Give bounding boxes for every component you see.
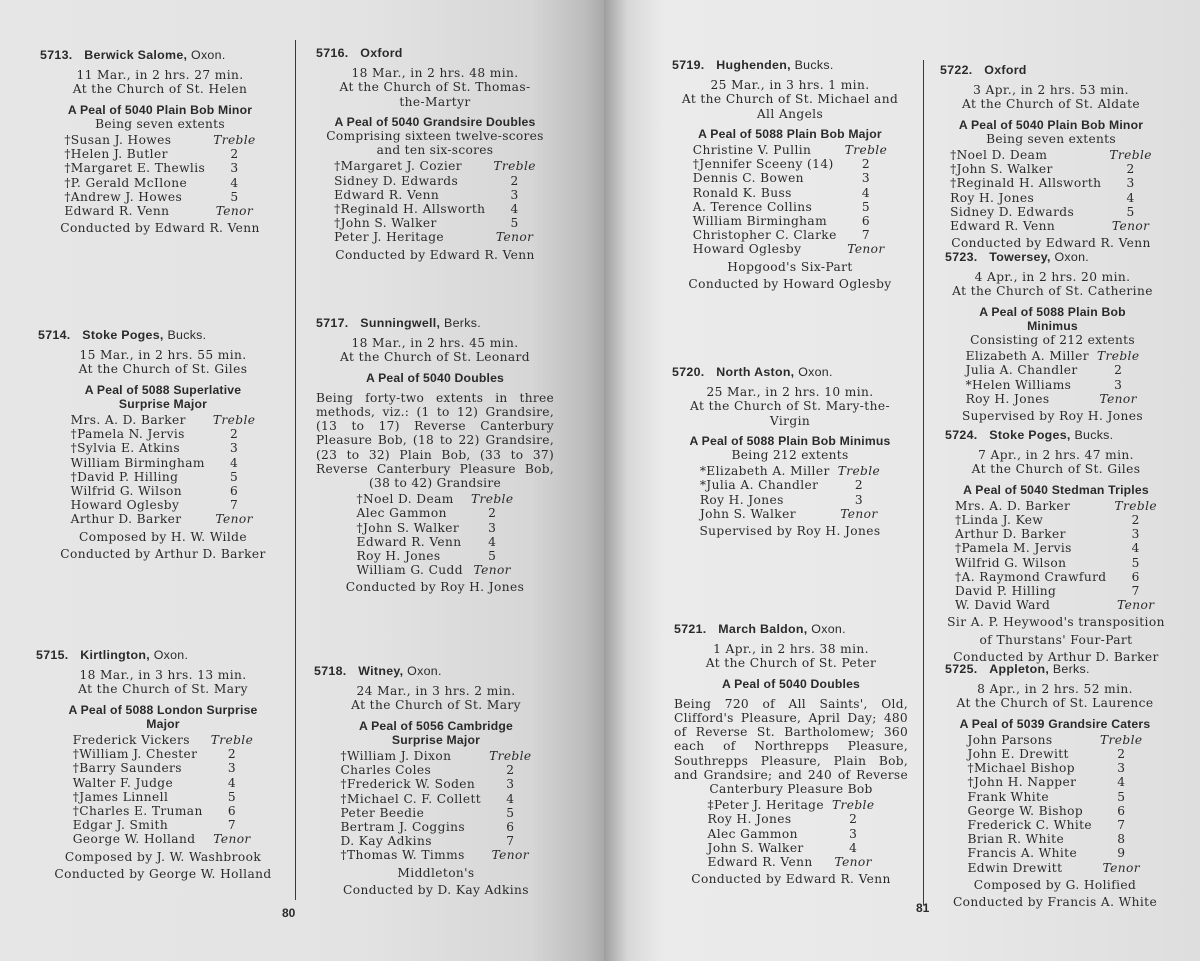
ringer-row: †Reginald H. Allsworth 4 [334, 202, 536, 216]
peal-place: North Aston, [716, 365, 794, 379]
peal-footer-line: Composed by J. W. Washbrook [36, 850, 290, 864]
ringer-name: †Margaret E. Thewlis [64, 161, 213, 175]
ringer-name: Dennis C. Bowen [693, 171, 845, 185]
ringer-row: †A. Raymond Crawfurd 6 [955, 570, 1157, 584]
church-line: At the Church of St. Giles [38, 362, 288, 376]
ringer-row: Wilfrid G. Wilson 6 [71, 484, 256, 498]
ringer-row: †Michael C. F. Collett 4 [340, 792, 531, 806]
peal-number: 5723. [945, 250, 978, 264]
peal-number: 5718. [314, 664, 347, 678]
ringer-name: †John S. Walker [334, 216, 493, 230]
ringer-name: W. David Ward [955, 598, 1115, 612]
date-duration: 7 Apr., in 2 hrs. 47 min. [945, 448, 1167, 462]
ringer-name: †Michael Bishop [967, 761, 1100, 775]
ringer-row: †John S. Walker 5 [334, 216, 536, 230]
ringer-row: Roy H. Jones 2 [708, 812, 875, 826]
ringer-name: John S. Walker [700, 507, 838, 521]
peal-place: Witney, [358, 664, 403, 678]
ringer-row: †Barry Saunders 3 [73, 761, 253, 775]
ringer-row: †P. Gerald McIlone 4 [64, 176, 255, 190]
ringer-row: John E. Drewitt 2 [967, 747, 1142, 761]
peal-footer-line: Supervised by Roy H. Jones [672, 524, 908, 538]
ringer-row: †Noel D. Deam Treble [357, 492, 514, 506]
peal-number: 5721. [674, 622, 707, 636]
ringer-row: David P. Hilling 7 [955, 584, 1157, 598]
peal-number: 5725. [945, 662, 978, 676]
ringer-row: Christine V. Pullin Treble [693, 143, 887, 157]
peal-county: Oxon. [1054, 250, 1089, 264]
entry-heading: 5718. Witney, Oxon. [314, 664, 558, 678]
ringer-bell: 4 [213, 456, 255, 470]
peal-place: Oxford [360, 46, 402, 60]
date-duration: 15 Mar., in 2 hrs. 55 min. [38, 348, 288, 362]
peal-entry: 5722. Oxford 3 Apr., in 2 hrs. 53 min.At… [940, 63, 1162, 250]
ringer-row: Bertram J. Coggins 6 [340, 820, 531, 834]
ringer-row: †Margaret J. Cozier Treble [334, 159, 536, 173]
peal-county: Bucks. [167, 328, 206, 342]
ringer-bell: 6 [211, 804, 253, 818]
ringer-bell: 4 [1100, 775, 1142, 789]
peal-place: Towersey, [989, 250, 1050, 264]
ringer-name: †Thomas W. Timms [340, 848, 489, 862]
peal-entry: 5714. Stoke Poges, Bucks. 15 Mar., in 2 … [38, 328, 288, 561]
ringer-bell: 3 [1109, 176, 1151, 190]
ringer-bell: 7 [845, 228, 887, 242]
ringer-bell: Tenor [1100, 861, 1142, 875]
ringer-name: †Charles E. Truman [73, 804, 211, 818]
ringer-row: Howard Oglesby Tenor [693, 242, 887, 256]
ringer-name: William Birmingham [71, 456, 213, 470]
ringer-row: †Noel D. Deam Treble [950, 148, 1152, 162]
ringer-row: Frederick Vickers Treble [73, 733, 253, 747]
ringer-name: Julia A. Chandler [966, 363, 1097, 377]
ringer-bell: 7 [1115, 584, 1157, 598]
ringer-name: Roy H. Jones [966, 392, 1097, 406]
peal-entry: 5723. Towersey, Oxon. 4 Apr., in 2 hrs. … [945, 250, 1160, 423]
peal-title: Minimus [945, 319, 1160, 333]
peal-entry: 5718. Witney, Oxon. 24 Mar., in 3 hrs. 2… [314, 664, 558, 897]
ringer-bell: 2 [211, 747, 253, 761]
ringer-row: Roy H. Jones Tenor [966, 392, 1140, 406]
ringer-bell: 3 [845, 171, 887, 185]
ringer-row: Edward R. Venn 3 [334, 188, 536, 202]
ringer-bell: 5 [1100, 790, 1142, 804]
ringer-row: Peter Beedie 5 [340, 806, 531, 820]
ringer-name: John S. Walker [708, 841, 832, 855]
ringer-name: Bertram J. Coggins [340, 820, 489, 834]
page-number-left: 80 [282, 906, 295, 920]
ringer-row: †Linda J. Kew 2 [955, 513, 1157, 527]
peal-number: 5716. [316, 46, 349, 60]
column-rule-left [295, 40, 296, 900]
peal-footer-line: Conducted by Arthur D. Barker [38, 547, 288, 561]
peal-entry: 5720. North Aston, Oxon. 25 Mar., in 2 h… [672, 365, 908, 538]
peal-entry: 5724. Stoke Poges, Bucks. 7 Apr., in 2 h… [945, 428, 1167, 664]
church-line: the-Martyr [316, 95, 554, 109]
ringer-name: †Noel D. Deam [950, 148, 1109, 162]
entry-heading: 5715. Kirtlington, Oxon. [36, 648, 290, 662]
peal-title: A Peal of 5088 Plain Bob [945, 305, 1160, 319]
peal-title: A Peal of 5040 Grandsire Doubles [316, 115, 554, 129]
ringer-name: †Jennifer Sceeny (14) [693, 157, 845, 171]
ringer-name: A. Terence Collins [693, 200, 845, 214]
peal-title: A Peal of 5040 Plain Bob Minor [40, 103, 280, 117]
ringer-row: D. Kay Adkins 7 [340, 834, 531, 848]
ringer-name: George W. Holland [73, 832, 211, 846]
ringer-name: Edwin Drewitt [967, 861, 1100, 875]
ringer-name: Alec Gammon [708, 827, 832, 841]
church-line: At the Church of St. Mary [314, 698, 558, 712]
entry-heading: 5723. Towersey, Oxon. [945, 250, 1160, 264]
ringers-list: †William J. Dixon Treble Charles Coles 2… [340, 749, 531, 863]
peal-county: Oxon. [191, 48, 226, 62]
entry-heading: 5725. Appleton, Berks. [945, 662, 1165, 676]
ringer-bell: 5 [845, 200, 887, 214]
ringer-name: Frederick C. White [967, 818, 1100, 832]
peal-entry: 5725. Appleton, Berks. 8 Apr., in 2 hrs.… [945, 662, 1165, 909]
ringer-name: Wilfrid G. Wilson [955, 556, 1115, 570]
ringer-bell: Tenor [213, 204, 255, 218]
ringer-row: Peter J. Heritage Tenor [334, 230, 536, 244]
ringers-list: Mrs. A. D. Barker Treble †Pamela N. Jerv… [71, 413, 256, 527]
ringer-name: Sidney D. Edwards [334, 174, 493, 188]
date-duration: 8 Apr., in 2 hrs. 52 min. [945, 682, 1165, 696]
ringer-name: *Julia A. Chandler [700, 478, 838, 492]
peal-footer-line: Composed by H. W. Wilde [38, 530, 288, 544]
peal-place: Stoke Poges, [989, 428, 1070, 442]
peal-county: Oxon. [811, 622, 846, 636]
date-duration: 18 Mar., in 2 hrs. 48 min. [316, 66, 554, 80]
ringer-name: †Linda J. Kew [955, 513, 1115, 527]
ringer-row: Roy H. Jones 3 [700, 493, 880, 507]
ringer-name: Peter Beedie [340, 806, 489, 820]
ringer-name: Howard Oglesby [693, 242, 845, 256]
entry-heading: 5717. Sunningwell, Berks. [316, 316, 554, 330]
ringer-name: †Frederick W. Soden [340, 777, 489, 791]
ringer-name: Roy H. Jones [700, 493, 838, 507]
ringer-row: †David P. Hilling 5 [71, 470, 256, 484]
ringer-name: Howard Oglesby [71, 498, 213, 512]
ringer-name: †Noel D. Deam [357, 492, 471, 506]
ringer-row: W. David Ward Tenor [955, 598, 1157, 612]
ringer-row: Brian R. White 8 [967, 832, 1142, 846]
ringer-row: †John H. Napper 4 [967, 775, 1142, 789]
ringer-bell: 5 [211, 790, 253, 804]
peal-place: Oxford [984, 63, 1026, 77]
peal-description: and ten six-scores [316, 143, 554, 157]
ringer-row: William Birmingham 4 [71, 456, 256, 470]
ringer-bell: Treble [832, 798, 874, 812]
ringer-row: Mrs. A. D. Barker Treble [955, 499, 1157, 513]
ringer-bell: 6 [845, 214, 887, 228]
ringer-name: †Helen J. Butler [64, 147, 213, 161]
ringer-row: Christopher C. Clarke 7 [693, 228, 887, 242]
entry-heading: 5716. Oxford [316, 46, 554, 60]
ringer-row: Edward R. Venn Tenor [64, 204, 255, 218]
ringer-name: William G. Cudd [357, 563, 471, 577]
ringer-row: Walter F. Judge 4 [73, 776, 253, 790]
ringer-row: Charles Coles 2 [340, 763, 531, 777]
ringer-row: William G. Cudd Tenor [357, 563, 514, 577]
church-line: At the Church of St. Mary [36, 682, 290, 696]
ringer-name: Edward R. Venn [950, 219, 1109, 233]
peal-footer-line: Conducted by Roy H. Jones [316, 580, 554, 594]
ringer-row: †John S. Walker 3 [357, 521, 514, 535]
peal-place: Kirtlington, [80, 648, 150, 662]
church-line: At the Church of St. Michael and [672, 92, 908, 106]
ringer-row: George W. Bishop 6 [967, 804, 1142, 818]
ringer-name: John Parsons [967, 733, 1100, 747]
ringer-row: *Julia A. Chandler 2 [700, 478, 880, 492]
ringer-name: Frank White [967, 790, 1100, 804]
ringer-bell: Tenor [1115, 598, 1157, 612]
ringer-row: Arthur D. Barker Tenor [71, 512, 256, 526]
peal-county: Oxon. [154, 648, 189, 662]
ringer-row: †Susan J. Howes Treble [64, 133, 255, 147]
ringer-bell: 8 [1100, 832, 1142, 846]
ringer-name: George W. Bishop [967, 804, 1100, 818]
ringer-row: †Pamela M. Jervis 4 [955, 541, 1157, 555]
ringer-row: †Michael Bishop 3 [967, 761, 1142, 775]
ringer-name: Peter J. Heritage [334, 230, 493, 244]
peal-description: Being seven extents [940, 132, 1162, 146]
ringers-list: †Margaret J. Cozier Treble Sidney D. Edw… [334, 159, 536, 244]
ringer-name: †William J. Chester [73, 747, 211, 761]
ringer-bell: Tenor [838, 507, 880, 521]
ringer-name: †John S. Walker [950, 162, 1109, 176]
ringer-name: Frederick Vickers [73, 733, 211, 747]
ringer-bell: Treble [471, 492, 513, 506]
date-duration: 1 Apr., in 2 hrs. 38 min. [674, 642, 908, 656]
ringer-name: †Susan J. Howes [64, 133, 213, 147]
ringer-bell: 6 [489, 820, 531, 834]
ringer-name: Edward R. Venn [357, 535, 471, 549]
ringer-bell: 2 [1100, 747, 1142, 761]
ringer-name: Sidney D. Edwards [950, 205, 1109, 219]
ringer-name: Roy H. Jones [950, 191, 1109, 205]
ringers-list: Christine V. Pullin Treble †Jennifer Sce… [693, 143, 887, 257]
ringer-name: †Pamela M. Jervis [955, 541, 1115, 555]
ringer-row: Arthur D. Barker 3 [955, 527, 1157, 541]
peal-title: Major [36, 717, 290, 731]
peal-county: Berks. [1053, 662, 1090, 676]
peal-entry: 5715. Kirtlington, Oxon. 18 Mar., in 3 h… [36, 648, 290, 881]
ringer-bell: 7 [489, 834, 531, 848]
ringer-row: Elizabeth A. Miller Treble [966, 349, 1140, 363]
ringer-bell: 5 [1115, 556, 1157, 570]
ringer-bell: Treble [493, 159, 535, 173]
ringer-name: Edward R. Venn [64, 204, 213, 218]
ringer-name: *Helen Williams [966, 378, 1097, 392]
ringer-row: Roy H. Jones 5 [357, 549, 514, 563]
ringer-name: Arthur D. Barker [955, 527, 1115, 541]
ringer-bell: 3 [1097, 378, 1139, 392]
ringer-row: †John S. Walker 2 [950, 162, 1152, 176]
ringer-name: †Reginald H. Allsworth [950, 176, 1109, 190]
ringer-bell: 9 [1100, 846, 1142, 860]
date-duration: 24 Mar., in 3 hrs. 2 min. [314, 684, 558, 698]
ringer-row: Howard Oglesby 7 [71, 498, 256, 512]
ringer-row: †William J. Chester 2 [73, 747, 253, 761]
ringer-name: †Michael C. F. Collett [340, 792, 489, 806]
ringer-bell: Treble [213, 133, 255, 147]
peal-entry: 5713. Berwick Salome, Oxon. 11 Mar., in … [40, 48, 280, 235]
ringer-name: †P. Gerald McIlone [64, 176, 213, 190]
peal-entry: 5719. Hughenden, Bucks. 25 Mar., in 3 hr… [672, 58, 908, 291]
ringer-bell: 5 [213, 190, 255, 204]
peal-place: Stoke Poges, [82, 328, 163, 342]
ringer-row: George W. Holland Tenor [73, 832, 253, 846]
ringer-row: †Andrew J. Howes 5 [64, 190, 255, 204]
ringer-name: David P. Hilling [955, 584, 1115, 598]
ringer-row: Edward R. Venn Tenor [950, 219, 1152, 233]
ringer-bell: 4 [211, 776, 253, 790]
peal-footer-line: Conducted by Edward R. Venn [316, 248, 554, 262]
peal-title: A Peal of 5088 London Surprise [36, 703, 290, 717]
peal-title: Surprise Major [314, 733, 558, 747]
ringer-bell: Treble [845, 143, 887, 157]
peal-entry: 5721. March Baldon, Oxon. 1 Apr., in 2 h… [674, 622, 908, 886]
ringer-name: Edgar J. Smith [73, 818, 211, 832]
church-line: At the Church of St. Leonard [316, 350, 554, 364]
ringer-row: Frederick C. White 7 [967, 818, 1142, 832]
ringer-row: †Margaret E. Thewlis 3 [64, 161, 255, 175]
peal-description: Consisting of 212 extents [945, 333, 1160, 347]
date-duration: 4 Apr., in 2 hrs. 20 min. [945, 270, 1160, 284]
entry-heading: 5724. Stoke Poges, Bucks. [945, 428, 1167, 442]
ringer-name: †Pamela N. Jervis [71, 427, 213, 441]
ringers-list: †Susan J. Howes Treble †Helen J. Butler … [64, 133, 255, 218]
peal-footer-line: Conducted by Francis A. White [945, 895, 1165, 909]
peal-place: Sunningwell, [360, 316, 440, 330]
ringer-bell: Treble [211, 733, 253, 747]
ringer-bell: Tenor [213, 512, 255, 526]
peal-footer-line: Composed by G. Holified [945, 878, 1165, 892]
ringer-bell: 3 [489, 777, 531, 791]
church-line: Virgin [672, 414, 908, 428]
ringer-bell: Treble [1109, 148, 1151, 162]
ringer-name: William Birmingham [693, 214, 845, 228]
peal-number: 5717. [316, 316, 349, 330]
peal-description: Being forty-two extents in three methods… [316, 391, 554, 490]
ringer-bell: 5 [1109, 205, 1151, 219]
peal-title: A Peal of 5088 Superlative [38, 383, 288, 397]
ringer-bell: 2 [1109, 162, 1151, 176]
entry-heading: 5722. Oxford [940, 63, 1162, 77]
ringer-bell: 2 [1115, 513, 1157, 527]
ringer-name: †Sylvia E. Atkins [71, 441, 213, 455]
ringer-name: Christopher C. Clarke [693, 228, 845, 242]
ringer-bell: Treble [489, 749, 531, 763]
entry-heading: 5720. North Aston, Oxon. [672, 365, 908, 379]
ringer-bell: 7 [1100, 818, 1142, 832]
peal-place: Appleton, [989, 662, 1049, 676]
ringer-row: Edward R. Venn 4 [357, 535, 514, 549]
ringer-row: John S. Walker 4 [708, 841, 875, 855]
peal-title: A Peal of 5040 Doubles [674, 677, 908, 691]
column-rule-right [923, 60, 924, 905]
peal-description: Being seven extents [40, 117, 280, 131]
ringer-name: †John S. Walker [357, 521, 471, 535]
peal-number: 5722. [940, 63, 973, 77]
ringer-bell: Tenor [1109, 219, 1151, 233]
ringer-row: William Birmingham 6 [693, 214, 887, 228]
ringer-bell: 4 [845, 186, 887, 200]
ringer-name: Wilfrid G. Wilson [71, 484, 213, 498]
peal-footer-line: of Thurstans' Four-Part [945, 633, 1167, 647]
ringer-bell: Tenor [211, 832, 253, 846]
ringer-row: †James Linnell 5 [73, 790, 253, 804]
peal-footer-line: Hopgood's Six-Part [672, 260, 908, 274]
ringer-name: *Elizabeth A. Miller [700, 464, 838, 478]
ringer-name: †Barry Saunders [73, 761, 211, 775]
ringer-row: Alec Gammon 2 [357, 506, 514, 520]
ringer-row: Julia A. Chandler 2 [966, 363, 1140, 377]
date-duration: 18 Mar., in 3 hrs. 13 min. [36, 668, 290, 682]
peal-title: A Peal of 5040 Stedman Triples [945, 483, 1167, 497]
peal-entry: 5716. Oxford 18 Mar., in 2 hrs. 48 min.A… [316, 46, 554, 262]
ringer-row: †Pamela N. Jervis 2 [71, 427, 256, 441]
ringer-name: Francis A. White [967, 846, 1100, 860]
church-line: At the Church of St. Thomas- [316, 80, 554, 94]
ringer-bell: 3 [1115, 527, 1157, 541]
peal-place: Berwick Salome, [84, 48, 187, 62]
ringer-bell: 3 [471, 521, 513, 535]
ringer-row: Mrs. A. D. Barker Treble [71, 413, 256, 427]
ringer-row: Roy H. Jones 4 [950, 191, 1152, 205]
ringer-bell: Tenor [845, 242, 887, 256]
ringer-bell: 2 [838, 478, 880, 492]
ringer-row: *Helen Williams 3 [966, 378, 1140, 392]
peal-county: Oxon. [407, 664, 442, 678]
peal-title: Surprise Major [38, 397, 288, 411]
peal-title: A Peal of 5056 Cambridge [314, 719, 558, 733]
ringer-row: †Frederick W. Soden 3 [340, 777, 531, 791]
peal-place: Hughenden, [716, 58, 791, 72]
ringer-bell: 5 [471, 549, 513, 563]
ringer-row: Edwin Drewitt Tenor [967, 861, 1142, 875]
ringer-row: *Elizabeth A. Miller Treble [700, 464, 880, 478]
ringer-name: †A. Raymond Crawfurd [955, 570, 1115, 584]
peal-footer-line: Sir A. P. Heywood's transposition [945, 615, 1167, 629]
ringer-row: Ronald K. Buss 4 [693, 186, 887, 200]
ringer-name: †David P. Hilling [71, 470, 213, 484]
entry-heading: 5721. March Baldon, Oxon. [674, 622, 908, 636]
ringer-bell: 5 [493, 216, 535, 230]
peal-number: 5719. [672, 58, 705, 72]
ringer-bell: 2 [213, 147, 255, 161]
ringer-bell: 4 [471, 535, 513, 549]
ringer-bell: 4 [1109, 191, 1151, 205]
ringer-bell: 2 [845, 157, 887, 171]
ringer-bell: 4 [1115, 541, 1157, 555]
ringer-bell: 2 [471, 506, 513, 520]
peal-number: 5714. [38, 328, 71, 342]
peal-entry: 5717. Sunningwell, Berks. 18 Mar., in 2 … [316, 316, 554, 595]
peal-number: 5724. [945, 428, 978, 442]
peal-number: 5715. [36, 648, 69, 662]
ringer-bell: Tenor [1097, 392, 1139, 406]
ringer-row: Alec Gammon 3 [708, 827, 875, 841]
ringer-row: Francis A. White 9 [967, 846, 1142, 860]
peal-place: March Baldon, [718, 622, 807, 636]
ringer-bell: 3 [211, 761, 253, 775]
ringer-row: Dennis C. Bowen 3 [693, 171, 887, 185]
ringer-name: Charles Coles [340, 763, 489, 777]
ringer-row: John Parsons Treble [967, 733, 1142, 747]
ringer-name: Mrs. A. D. Barker [955, 499, 1115, 513]
page-number-right: 81 [916, 901, 929, 915]
